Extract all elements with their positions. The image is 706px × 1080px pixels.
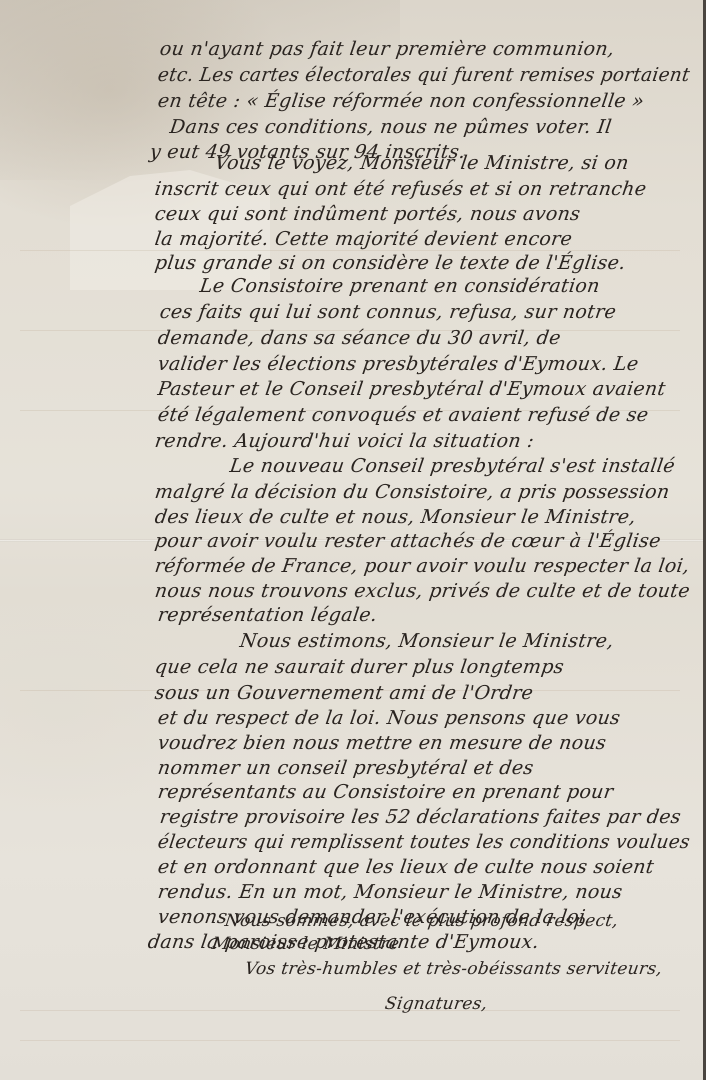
letter-line: Nous estimons, Monsieur le Ministre, <box>238 630 615 652</box>
letter-line: voudrez bien nous mettre en mesure de no… <box>156 732 607 754</box>
letter-line: représentants au Consistoire en prenant … <box>156 781 614 803</box>
letter-line: réformée de France, pour avoir voulu res… <box>153 555 691 577</box>
letter-line: Le nouveau Conseil presbytéral s'est ins… <box>228 455 676 477</box>
letter-line: ces faits qui lui sont connus, refusa, s… <box>158 301 617 323</box>
letter-line: Vous le voyez, Monsieur le Ministre, si … <box>213 152 630 174</box>
letter-line: électeurs qui remplissent toutes les con… <box>156 831 691 853</box>
letter-line: et du respect de la loi. Nous pensons qu… <box>156 707 621 729</box>
letter-line: rendus. En un mot, Monsieur le Ministre,… <box>156 881 623 903</box>
ink-bleed-through <box>20 250 680 251</box>
ink-bleed-through <box>20 1040 680 1041</box>
letter-line: des lieux de culte et nous, Monsieur le … <box>153 506 637 528</box>
letter-line: sous un Gouvernement ami de l'Ordre <box>153 682 534 704</box>
letter-line: plus grande si on considère le texte de … <box>153 252 627 274</box>
letter-line: Dans ces conditions, nous ne pûmes voter… <box>168 116 613 138</box>
letter-line: Pasteur et le Conseil presbytéral d'Eymo… <box>156 378 667 400</box>
letter-line: rendre. Aujourd'hui voici la situation : <box>153 430 535 452</box>
letter-line: inscrit ceux qui ont été refusés et si o… <box>153 178 647 200</box>
letter-line: demande, dans sa séance du 30 avril, de <box>156 327 562 349</box>
letter-line: été légalement convoqués et avaient refu… <box>156 404 649 426</box>
letter-line: ou n'ayant pas fait leur première commun… <box>158 38 615 60</box>
closing-line: Vos très-humbles et très-obéissants serv… <box>243 958 663 980</box>
closing-line: Nous sommes, avec le plus profond respec… <box>223 910 619 932</box>
ink-bleed-through <box>20 1010 680 1011</box>
letter-line: malgré la décision du Consistoire, a pri… <box>153 481 671 503</box>
letter-line: la majorité. Cette majorité devient enco… <box>153 228 573 250</box>
letter-line: que cela ne saurait durer plus longtemps <box>153 656 565 678</box>
letter-line: en tête : « Église réformée non confessi… <box>156 90 645 112</box>
letter-line: registre provisoire les 52 déclarations … <box>158 806 682 828</box>
letter-page: ou n'ayant pas fait leur première commun… <box>0 0 706 1080</box>
letter-line: nous nous trouvons exclus, privés de cul… <box>153 580 691 602</box>
letter-line: valider les élections presbytérales d'Ey… <box>156 353 640 375</box>
letter-line: pour avoir voulu rester attachés de cœur… <box>153 530 662 552</box>
letter-line: représentation légale. <box>156 604 378 626</box>
letter-line: nommer un conseil presbytéral et des <box>156 757 535 779</box>
letter-line: ceux qui sont indûment portés, nous avon… <box>153 203 581 225</box>
letter-line: etc. Les cartes électorales qui furent r… <box>156 64 691 86</box>
signature-label: Signatures, <box>383 993 489 1015</box>
letter-line: et en ordonnant que les lieux de culte n… <box>156 856 655 878</box>
closing-line: Monsieur le Ministre <box>210 933 400 955</box>
letter-line: Le Consistoire prenant en considération <box>198 275 601 297</box>
